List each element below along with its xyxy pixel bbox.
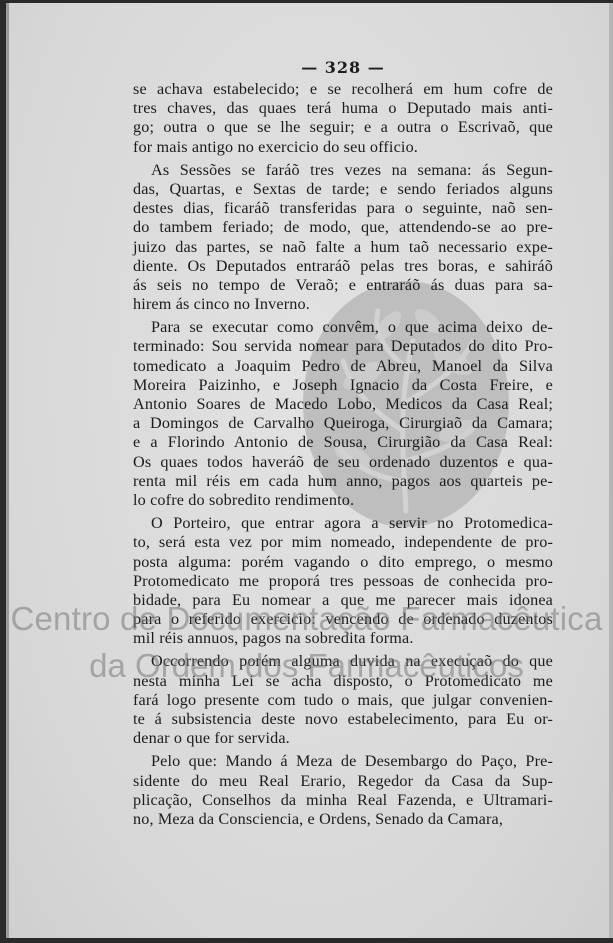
paragraph: As Sessões se faráõ tres vezes na semana… <box>133 161 553 315</box>
text-line: Moreira Paizinho, e Joseph Ignacio da Co… <box>133 376 553 395</box>
text-line: posta alguma: porém vagando o dito empre… <box>133 553 553 572</box>
paragraph: O Porteiro, que entrar agora a servir no… <box>133 514 553 648</box>
text-line: denar o que for servida. <box>133 729 553 748</box>
text-line: fará logo presente com tudo o mais, que … <box>133 691 553 710</box>
text-line: Occorrendo porém alguma duvida na execuç… <box>133 652 553 671</box>
text-line: As Sessões se faráõ tres vezes na semana… <box>133 161 553 180</box>
text-line: nesta minha Lei se acha disposto, o Prot… <box>133 672 553 691</box>
page-text: — 328 — se achava estabelecido; e se rec… <box>133 58 553 833</box>
text-line: do tambem feriado; de modo, que, attende… <box>133 218 553 237</box>
text-line: lo cofre do sobredito rendimento. <box>133 491 553 510</box>
text-line: para o referido exercicio: vencendo de o… <box>133 610 553 629</box>
paragraph: se achava estabelecido; e se recolherá e… <box>133 80 553 157</box>
text-line: tres chaves, das quaes terá huma o Deput… <box>133 99 553 118</box>
text-line: das, Quartas, e Sextas de tarde; e sendo… <box>133 180 553 199</box>
text-line: hirem ás cinco no Inverno. <box>133 295 553 314</box>
text-line: Os quaes todos haveráõ de seu ordenado d… <box>133 453 553 472</box>
text-line: Antonio Soares de Macedo Lobo, Medicos d… <box>133 395 553 414</box>
text-line: for mais antigo no exercicio do seu offi… <box>133 138 553 157</box>
text-line: O Porteiro, que entrar agora a servir no… <box>133 514 553 533</box>
paragraph: Pelo que: Mando á Meza de Desembargo do … <box>133 752 553 829</box>
text-line: go; outra o que se lhe seguir; e a outra… <box>133 118 553 137</box>
text-line: bidade, para Eu nomear a que me parecer … <box>133 591 553 610</box>
text-line: diente. Os Deputados entraráõ pelas tres… <box>133 257 553 276</box>
text-line: juizo das partes, se naõ falte a hum taõ… <box>133 238 553 257</box>
paragraph: Para se executar como convêm, o que acim… <box>133 318 553 510</box>
paragraphs: se achava estabelecido; e se recolherá e… <box>133 80 553 829</box>
text-line: a Domingos de Carvalho Queiroga, Cirurgi… <box>133 414 553 433</box>
text-line: destes dias, ficaráõ transferidas para o… <box>133 199 553 218</box>
text-line: no, Meza da Consciencia, e Ordens, Senad… <box>133 810 553 829</box>
text-line: e a Florindo Antonio de Sousa, Cirurgião… <box>133 433 553 452</box>
text-line: plicação, Conselhos da minha Real Fazend… <box>133 791 553 810</box>
paragraph: Occorrendo porém alguma duvida na execuç… <box>133 652 553 748</box>
text-line: ás seis no tempo de Veraõ; e entraráõ ás… <box>133 276 553 295</box>
text-line: Protomedicato me proporá tres pessoas de… <box>133 572 553 591</box>
text-line: se achava estabelecido; e se recolherá e… <box>133 80 553 99</box>
text-line: te á subsistencia deste novo estabelecim… <box>133 710 553 729</box>
text-line: terminado: Sou servida nomear para Deput… <box>133 337 553 356</box>
page-number: — 328 — <box>133 58 553 78</box>
text-line: mil réis annuos, pagos na sobredita form… <box>133 629 553 648</box>
text-line: sidente do meu Real Erario, Regedor da C… <box>133 772 553 791</box>
text-line: Pelo que: Mando á Meza de Desembargo do … <box>133 752 553 771</box>
text-line: Para se executar como convêm, o que acim… <box>133 318 553 337</box>
text-line: to, será esta vez por mim nomeado, indep… <box>133 533 553 552</box>
text-line: renta mil réis em cada hum anno, pagos a… <box>133 472 553 491</box>
text-line: tomedicato a Joaquim Pedro de Abreu, Man… <box>133 357 553 376</box>
